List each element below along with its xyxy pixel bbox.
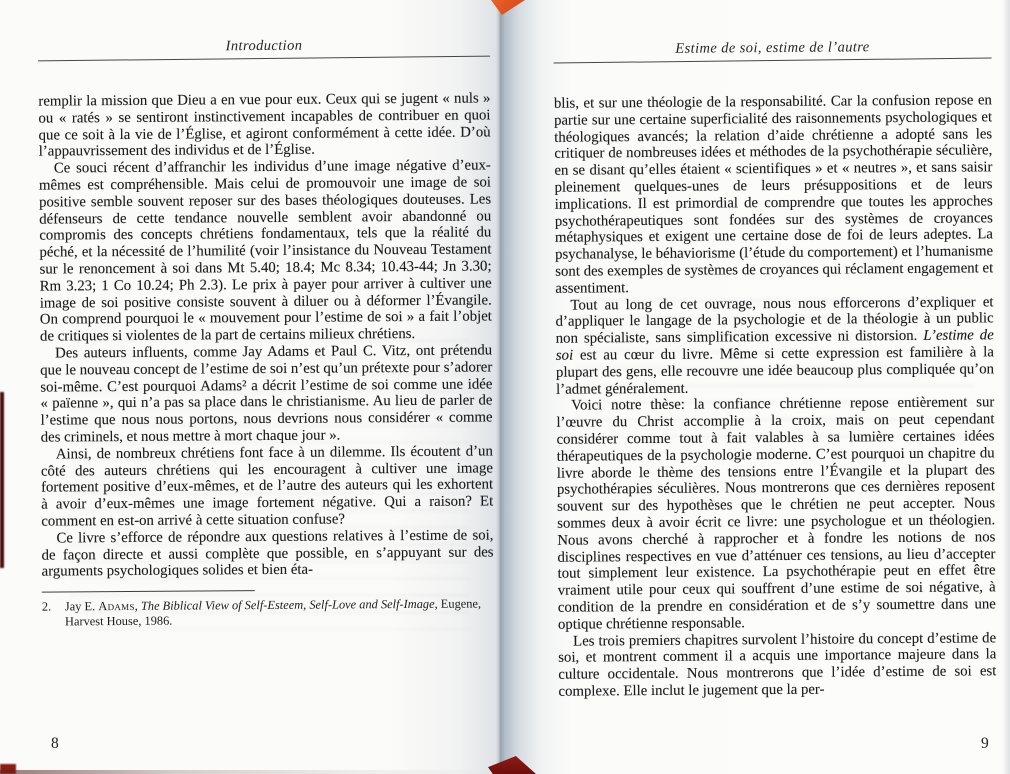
paragraph: remplir la mission que Dieu a en vue pou… [38, 90, 490, 160]
footnote-author-name: Adams [98, 599, 135, 613]
paragraph: Ainsi, de nombreux chrétiens font face à… [41, 443, 494, 530]
paragraph: Les trois premiers chapitres survolent l… [558, 630, 997, 701]
scan-right-edge-shadow [1002, 0, 1010, 774]
footnote-book-title: The Biblical View of Self-Esteem, Self-L… [141, 597, 435, 613]
page-number-right: 9 [981, 735, 989, 753]
footnote-rule [42, 590, 255, 592]
header-rule-left [38, 56, 490, 62]
left-body-text: remplir la mission que Dieu a en vue pou… [38, 90, 493, 580]
running-header-right: Estime de soi, estime de l’autre [553, 38, 991, 58]
paragraph: Des auteurs influents, comme Jay Adams e… [40, 342, 493, 446]
paragraph: Tout au long de cet ouvrage, nous nous e… [555, 294, 994, 398]
right-body-text: blis, et sur une théologie de la respons… [554, 92, 997, 700]
paragraph: Ce livre s’efforce de répondre aux quest… [41, 527, 493, 581]
book-cover-edge-left [0, 392, 4, 568]
header-rule-right [554, 58, 992, 64]
paragraph: Ce souci récent d’affranchir les individ… [39, 158, 492, 346]
footnote-marker: 2. [42, 600, 51, 615]
paragraph-text: est au cœur du livre. Même si cette expr… [556, 344, 994, 397]
page-gutter-shadow [503, 0, 543, 774]
running-header-left: Introduction [38, 36, 490, 56]
paragraph: blis, et sur une théologie de la respons… [554, 92, 994, 297]
left-page-content: Introduction remplir la mission que Dieu… [38, 36, 494, 630]
right-page-content: Estime de soi, estime de l’autre blis, e… [553, 38, 996, 700]
footnote: 2.Jay E. Adams, The Biblical View of Sel… [42, 597, 494, 631]
footnote-author-prefix: Jay E. [65, 599, 98, 613]
book-bottom-edge-shadow [0, 770, 500, 774]
book-scan: Introduction remplir la mission que Dieu… [0, 0, 1010, 774]
paragraph: Voici notre thèse: la confiance chrétien… [556, 395, 996, 634]
page-number-left: 8 [51, 735, 59, 753]
